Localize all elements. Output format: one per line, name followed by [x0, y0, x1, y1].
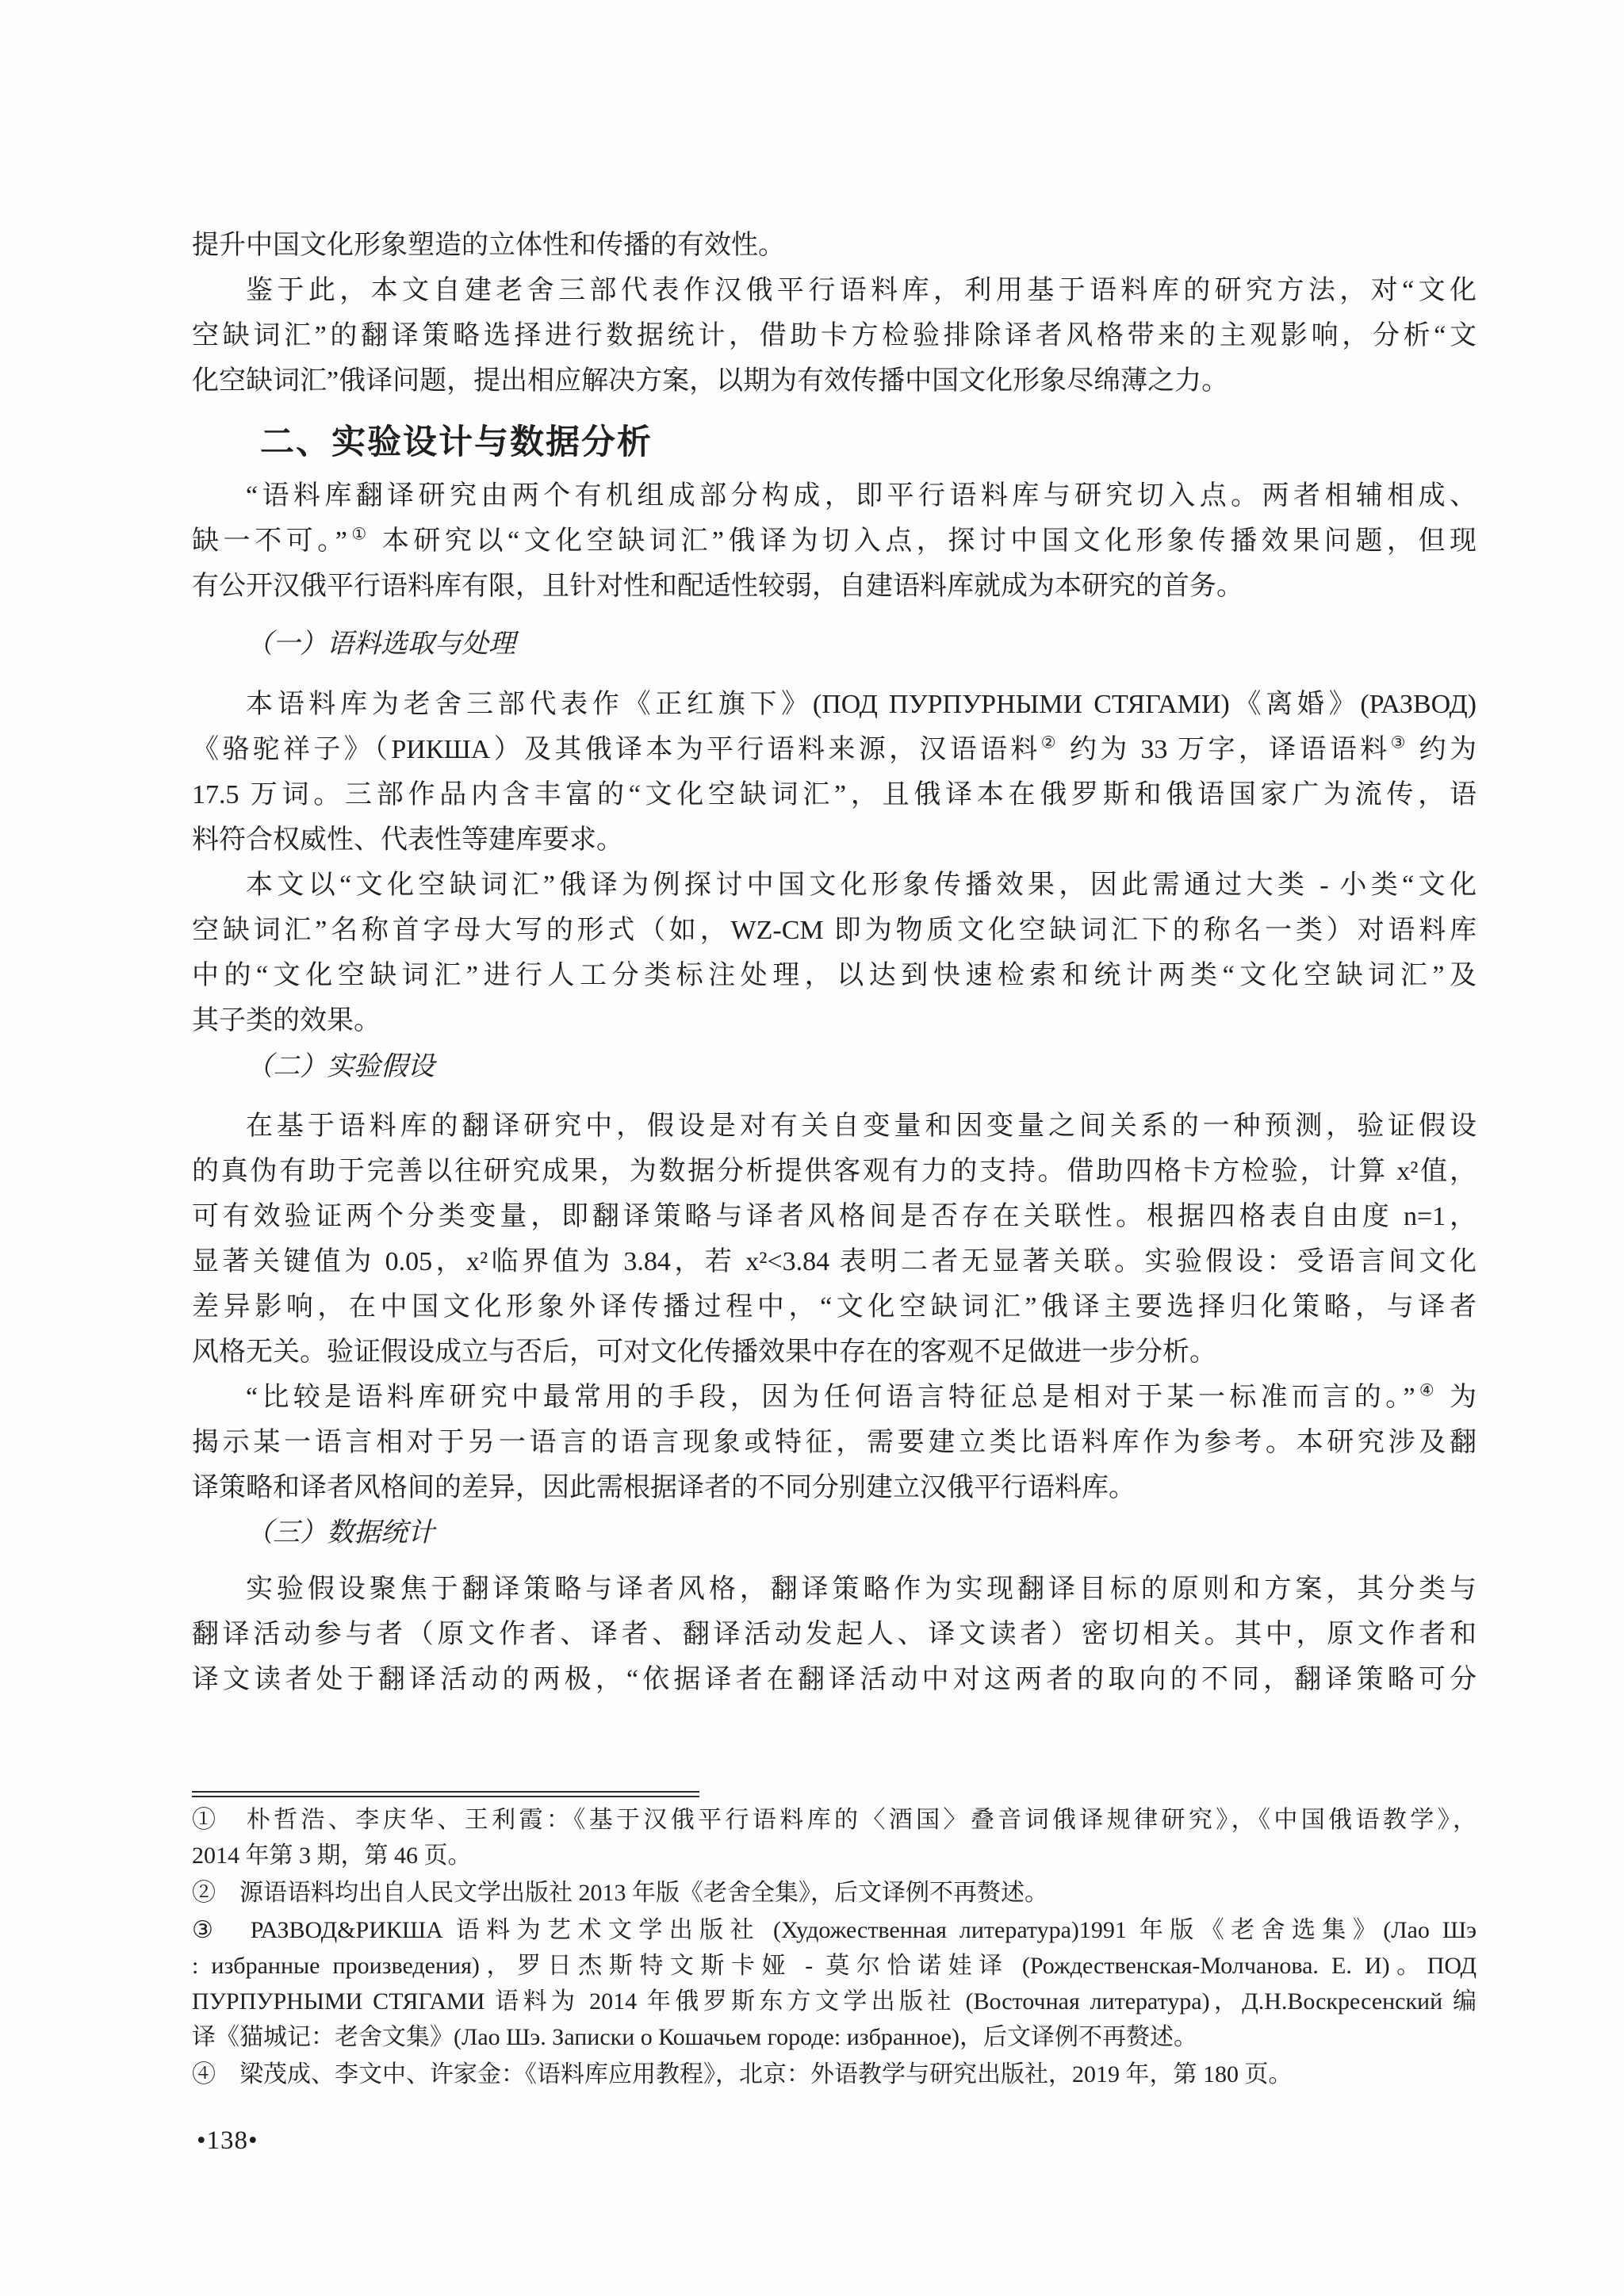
text-line: 可有效验证两个分类变量，即翻译策略与译者风格间是否存在关联性。根据四格表自由度 …	[192, 1194, 1477, 1239]
footnote-ref-marker: ①	[347, 525, 371, 544]
text-line: ② 源语语料均出自人民文学出版社 2013 年版《老舍全集》，后文译例不再赘述。	[192, 1875, 1477, 1911]
text-line: 译文读者处于翻译活动的两极，“依据译者在翻译活动中对这两者的取向的不同，翻译策略…	[192, 1657, 1477, 1702]
text-run: 的真伪有助于完善以往研究成果，为数据分析提供客观有力的支持。借助四格卡方检验，计…	[192, 1157, 1477, 1186]
text-line: 在基于语料库的翻译研究中，假设是对有关自变量和因变量之间关系的一种预测，验证假设	[192, 1104, 1477, 1149]
text-run: 空缺词汇”的翻译策略选择进行数据统计，借助卡方检验排除译者风格带来的主观影响，分…	[192, 321, 1477, 350]
text-run: ① 朴哲浩、李庆华、王利霞：《基于汉俄平行语料库的〈酒国〉叠音词俄译规律研究》，…	[192, 1807, 1477, 1833]
text-line: 17.5 万词。三部作品内含丰富的“文化空缺词汇”，且俄译本在俄罗斯和俄语国家广…	[192, 772, 1477, 817]
text-run: 翻译活动参与者（原文作者、译者、翻译活动发起人、译文读者）密切相关。其中，原文作…	[192, 1620, 1477, 1649]
text-line: 本语料库为老舍三部代表作《正红旗下》(ПОД ПУРПУРНЫМИ СТЯГАМ…	[192, 682, 1477, 727]
footnote-ref-marker: ③	[1391, 733, 1409, 752]
text-run: ③ РАЗВОД&РИКША 语料为艺术文学出版社 (Художественна…	[192, 1917, 1477, 1943]
text-line: “比较是语料库研究中最常用的手段，因为任何语言特征总是相对于某一标准而言的。”④…	[192, 1375, 1477, 1420]
page: 提升中国文化形象塑造的立体性和传播的有效性。鉴于此，本文自建老舍三部代表作汉俄平…	[0, 0, 1624, 2296]
heading-hypothesis: （二）实验假设	[192, 1044, 1477, 1089]
text-line: 风格无关。验证假设成立与否后，可对文化传播效果中存在的客观不足做进一步分析。	[192, 1330, 1477, 1375]
text-run: 化空缺词汇”俄译问题，提出相应解决方案，以期为有效传播中国文化形象尽绵薄之力。	[192, 366, 1228, 396]
text-run: 揭示某一语言相对于另一语言的语言现象或特征，需要建立类比语料库作为参考。本研究涉…	[192, 1428, 1477, 1457]
text-run: 空缺词汇”名称首字母大写的形式（如，WZ-CM 即为物质文化空缺词汇下的称名一类…	[192, 916, 1477, 945]
text-line: “语料库翻译研究由两个有机组成部分构成，即平行语料库与研究切入点。两者相辅相成、	[192, 473, 1477, 519]
text-line: 其子类的效果。	[192, 998, 1477, 1043]
text-run: 2014 年第 3 期，第 46 页。	[192, 1843, 472, 1869]
text-run: : избранные произведения)，罗日杰斯特文斯卡娅 - 莫尔…	[192, 1953, 1477, 1979]
heading-statistics: （三）数据统计	[192, 1510, 1477, 1556]
page-number: •138•	[197, 2126, 259, 2156]
footnote-3: ③ РАЗВОД&РИКША 语料为艺术文学出版社 (Художественна…	[192, 1912, 1477, 2055]
text-run: 本语料库为老舍三部代表作《正红旗下》(ПОД ПУРПУРНЫМИ СТЯГАМ…	[246, 690, 1477, 719]
footnote-2: ② 源语语料均出自人民文学出版社 2013 年版《老舍全集》，后文译例不再赘述。	[192, 1875, 1477, 1911]
text-run: ④ 梁茂成、李文中、许家金：《语料库应用教程》，北京：外语教学与研究出版社，20…	[192, 2061, 1293, 2087]
text-run: 缺一不可。”	[192, 526, 347, 556]
para-carryover: 提升中国文化形象塑造的立体性和传播的有效性。	[192, 223, 1477, 268]
footnote-separator	[192, 1791, 699, 1797]
text-line: ПУРПУРНЫМИ СТЯГАМИ 语料为 2014 年俄罗斯东方文学出版社 …	[192, 1984, 1477, 2019]
text-run: 二、实验设计与数据分析	[260, 423, 653, 461]
text-run: 本研究以“文化空缺词汇”俄译为切入点，探讨中国文化形象传播效果问题，但现	[371, 526, 1477, 556]
text-run: 料符合权威性、代表性等建库要求。	[192, 825, 623, 855]
text-line: （一）语料选取与处理	[192, 622, 1477, 667]
text-line: （二）实验假设	[192, 1044, 1477, 1089]
text-run: ② 源语语料均出自人民文学出版社 2013 年版《老舍全集》，后文译例不再赘述。	[192, 1880, 1048, 1906]
text-line: 显著关键值为 0.05，x²临界值为 3.84，若 x²<3.84 表明二者无显…	[192, 1239, 1477, 1284]
text-run: 《骆驼祥子》（РИКША）及其俄译本为平行语料来源，汉语语料	[192, 735, 1041, 764]
text-run: 实验假设聚焦于翻译策略与译者风格，翻译策略作为实现翻译目标的原则和方案，其分类与	[246, 1575, 1477, 1604]
text-line: 二、实验设计与数据分析	[192, 418, 1477, 467]
text-run: 约为	[1409, 735, 1477, 764]
text-run: 其子类的效果。	[192, 1006, 381, 1035]
text-line: （三）数据统计	[192, 1510, 1477, 1556]
text-line: 译《猫城记：老舍文集》(Лао Шэ. Записки о Кошачьем г…	[192, 2019, 1477, 2055]
text-line: ③ РАЗВОД&РИКША 语料为艺术文学出版社 (Художественна…	[192, 1912, 1477, 1948]
para-hypothesis: 在基于语料库的翻译研究中，假设是对有关自变量和因变量之间关系的一种预测，验证假设…	[192, 1104, 1477, 1375]
text-run: 本文以“文化空缺词汇”俄译为例探讨中国文化形象传播效果，因此需通过大类 - 小类…	[246, 871, 1477, 900]
text-line: 缺一不可。”① 本研究以“文化空缺词汇”俄译为切入点，探讨中国文化形象传播效果问…	[192, 519, 1477, 564]
text-run: 译《猫城记：老舍文集》(Лао Шэ. Записки о Кошачьем г…	[192, 2024, 1197, 2050]
text-run: “比较是语料库研究中最常用的手段，因为任何语言特征总是相对于某一标准而言的。”	[246, 1383, 1415, 1412]
text-line: 翻译活动参与者（原文作者、译者、翻译活动发起人、译文读者）密切相关。其中，原文作…	[192, 1612, 1477, 1657]
text-line: 空缺词汇”的翻译策略选择进行数据统计，借助卡方检验排除译者风格带来的主观影响，分…	[192, 313, 1477, 358]
text-run: 译文读者处于翻译活动的两极，“依据译者在翻译活动中对这两者的取向的不同，翻译策略…	[192, 1665, 1477, 1694]
footnote-ref-marker: ②	[1041, 733, 1059, 752]
text-run: 译策略和译者风格间的差异，因此需根据译者的不同分别建立汉俄平行语料库。	[192, 1473, 1136, 1502]
para-comparison: “比较是语料库研究中最常用的手段，因为任何语言特征总是相对于某一标准而言的。”④…	[192, 1375, 1477, 1510]
text-run: （三）数据统计	[246, 1518, 435, 1548]
heading-corpus-selection: （一）语料选取与处理	[192, 622, 1477, 667]
text-run: 有公开汉俄平行语料库有限，且针对性和配适性较弱，自建语料库就成为本研究的首务。	[192, 572, 1243, 601]
text-run: 为	[1438, 1383, 1477, 1412]
footnote-1: ① 朴哲浩、李庆华、王利霞：《基于汉俄平行语料库的〈酒国〉叠音词俄译规律研究》，…	[192, 1802, 1477, 1873]
text-run: 提升中国文化形象塑造的立体性和传播的有效性。	[192, 231, 785, 260]
para-intro: 鉴于此，本文自建老舍三部代表作汉俄平行语料库，利用基于语料库的研究方法，对“文化…	[192, 268, 1477, 404]
text-line: 实验假设聚焦于翻译策略与译者风格，翻译策略作为实现翻译目标的原则和方案，其分类与	[192, 1567, 1477, 1612]
para-statistics: 实验假设聚焦于翻译策略与译者风格，翻译策略作为实现翻译目标的原则和方案，其分类与…	[192, 1567, 1477, 1702]
text-line: : избранные произведения)，罗日杰斯特文斯卡娅 - 莫尔…	[192, 1948, 1477, 1984]
text-run: 鉴于此，本文自建老舍三部代表作汉俄平行语料库，利用基于语料库的研究方法，对“文化	[246, 276, 1477, 305]
text-line: 的真伪有助于完善以往研究成果，为数据分析提供客观有力的支持。借助四格卡方检验，计…	[192, 1149, 1477, 1194]
text-line: 鉴于此，本文自建老舍三部代表作汉俄平行语料库，利用基于语料库的研究方法，对“文化	[192, 268, 1477, 313]
text-run: 可有效验证两个分类变量，即翻译策略与译者风格间是否存在关联性。根据四格表自由度 …	[192, 1202, 1477, 1231]
text-line: 译策略和译者风格间的差异，因此需根据译者的不同分别建立汉俄平行语料库。	[192, 1465, 1477, 1510]
text-line: 料符合权威性、代表性等建库要求。	[192, 817, 1477, 863]
heading-experiment-design: 二、实验设计与数据分析	[192, 418, 1477, 467]
text-run: 在基于语料库的翻译研究中，假设是对有关自变量和因变量之间关系的一种预测，验证假设	[246, 1112, 1477, 1141]
text-line: 2014 年第 3 期，第 46 页。	[192, 1838, 1477, 1873]
text-line: 揭示某一语言相对于另一语言的语言现象或特征，需要建立类比语料库作为参考。本研究涉…	[192, 1420, 1477, 1465]
text-line: ① 朴哲浩、李庆华、王利霞：《基于汉俄平行语料库的〈酒国〉叠音词俄译规律研究》，…	[192, 1802, 1477, 1838]
text-line: 本文以“文化空缺词汇”俄译为例探讨中国文化形象传播效果，因此需通过大类 - 小类…	[192, 863, 1477, 908]
text-run: 中的“文化空缺词汇”进行人工分类标注处理，以达到快速检索和统计两类“文化空缺词汇…	[192, 961, 1477, 990]
text-run: 风格无关。验证假设成立与否后，可对文化传播效果中存在的客观不足做进一步分析。	[192, 1337, 1216, 1367]
document-body: 提升中国文化形象塑造的立体性和传播的有效性。鉴于此，本文自建老舍三部代表作汉俄平…	[192, 223, 1477, 1702]
footnote-ref-marker: ④	[1415, 1381, 1439, 1400]
text-run: 差异影响，在中国文化形象外译传播过程中，“文化空缺词汇”俄译主要选择归化策略，与…	[192, 1292, 1477, 1322]
text-run: （二）实验假设	[246, 1052, 435, 1081]
text-line: ④ 梁茂成、李文中、许家金：《语料库应用教程》，北京：外语教学与研究出版社，20…	[192, 2057, 1477, 2092]
text-line: 化空缺词汇”俄译问题，提出相应解决方案，以期为有效传播中国文化形象尽绵薄之力。	[192, 358, 1477, 404]
text-line: 差异影响，在中国文化形象外译传播过程中，“文化空缺词汇”俄译主要选择归化策略，与…	[192, 1284, 1477, 1330]
text-line: 提升中国文化形象塑造的立体性和传播的有效性。	[192, 223, 1477, 268]
text-line: 空缺词汇”名称首字母大写的形式（如，WZ-CM 即为物质文化空缺词汇下的称名一类…	[192, 908, 1477, 953]
para-annotation: 本文以“文化空缺词汇”俄译为例探讨中国文化形象传播效果，因此需通过大类 - 小类…	[192, 863, 1477, 1043]
text-run: 约为 33 万字，译语语料	[1059, 735, 1391, 764]
para-corpus-approach: “语料库翻译研究由两个有机组成部分构成，即平行语料库与研究切入点。两者相辅相成、…	[192, 473, 1477, 609]
para-corpus-sources: 本语料库为老舍三部代表作《正红旗下》(ПОД ПУРПУРНЫМИ СТЯГАМ…	[192, 682, 1477, 863]
text-run: 17.5 万词。三部作品内含丰富的“文化空缺词汇”，且俄译本在俄罗斯和俄语国家广…	[192, 780, 1477, 809]
footnotes: ① 朴哲浩、李庆华、王利霞：《基于汉俄平行语料库的〈酒国〉叠音词俄译规律研究》，…	[192, 1802, 1477, 2094]
text-line: 《骆驼祥子》（РИКША）及其俄译本为平行语料来源，汉语语料② 约为 33 万字…	[192, 727, 1477, 772]
text-line: 中的“文化空缺词汇”进行人工分类标注处理，以达到快速检索和统计两类“文化空缺词汇…	[192, 953, 1477, 998]
text-run: （一）语料选取与处理	[246, 629, 515, 659]
text-line: 有公开汉俄平行语料库有限，且针对性和配适性较弱，自建语料库就成为本研究的首务。	[192, 564, 1477, 609]
text-run: “语料库翻译研究由两个有机组成部分构成，即平行语料库与研究切入点。两者相辅相成、	[246, 481, 1477, 511]
text-run: ПУРПУРНЫМИ СТЯГАМИ 语料为 2014 年俄罗斯东方文学出版社 …	[192, 1988, 1477, 2015]
text-run: 显著关键值为 0.05，x²临界值为 3.84，若 x²<3.84 表明二者无显…	[192, 1247, 1477, 1276]
footnote-4: ④ 梁茂成、李文中、许家金：《语料库应用教程》，北京：外语教学与研究出版社，20…	[192, 2057, 1477, 2092]
